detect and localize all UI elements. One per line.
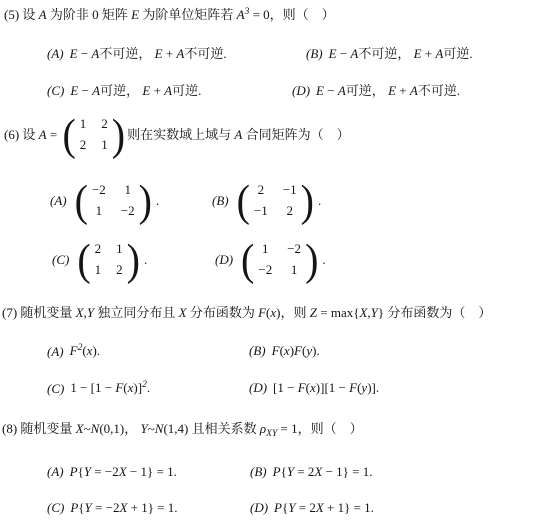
option-label: (C) bbox=[47, 380, 64, 398]
option-label: (A) bbox=[47, 45, 64, 63]
matrix-cells: 1 2 2 1 bbox=[76, 114, 112, 155]
option-text: 1 − [1 − F(x)]2. bbox=[70, 379, 150, 399]
question-7-option-c: (C) 1 − [1 − F(x)]2. bbox=[47, 379, 150, 399]
matrix-cells: 1 −2 −2 1 bbox=[254, 239, 305, 280]
option-text: P{Y = −2X + 1} = 1. bbox=[70, 499, 177, 517]
question-8-option-c: (C) P{Y = −2X + 1} = 1. bbox=[47, 499, 178, 517]
matrix-cells: 2 −1 −1 2 bbox=[250, 180, 301, 221]
stem-text-pre: (6) 设 A = bbox=[4, 126, 60, 144]
matrix-cell: 1 bbox=[80, 114, 87, 134]
matrix-cell: −2 bbox=[92, 180, 106, 200]
question-5-option-a: (A) E − A不可逆， E + A不可逆. bbox=[47, 45, 227, 63]
option-text: E − A可逆， E + A不可逆. bbox=[316, 82, 460, 100]
matrix-cell: 2 bbox=[116, 260, 123, 280]
option-text: F2(x). bbox=[70, 342, 100, 362]
matrix-cell: −1 bbox=[254, 201, 268, 221]
option-label: (D) bbox=[249, 379, 267, 397]
matrix: ( 1 −2 −2 1 ) bbox=[241, 239, 318, 280]
question-7-option-d: (D) [1 − F(x)][1 − F(y)]. bbox=[249, 379, 379, 397]
matrix-cell: 2 bbox=[258, 180, 265, 200]
matrix-cell: 2 bbox=[286, 201, 293, 221]
option-period: . bbox=[144, 251, 147, 269]
question-5-option-d: (D) E − A可逆， E + A不可逆. bbox=[292, 82, 460, 100]
matrix-cell: 2 bbox=[101, 114, 108, 134]
question-7-option-b: (B) F(x)F(y). bbox=[249, 342, 320, 360]
option-label: (A) bbox=[47, 343, 64, 361]
option-text: P{Y = 2X + 1} = 1. bbox=[274, 499, 374, 517]
option-text: P{Y = 2X − 1} = 1. bbox=[273, 463, 373, 481]
matrix-right-paren: ) bbox=[127, 238, 140, 282]
question-8-option-b: (B) P{Y = 2X − 1} = 1. bbox=[250, 463, 373, 481]
option-label: (D) bbox=[250, 499, 268, 517]
matrix-right-paren: ) bbox=[305, 238, 318, 282]
matrix-cell: −2 bbox=[258, 260, 272, 280]
matrix-cell: 1 bbox=[96, 201, 103, 221]
option-text: E − A可逆， E + A可逆. bbox=[70, 82, 201, 100]
matrix-cell: 2 bbox=[95, 239, 102, 259]
option-text: F(x)F(y). bbox=[272, 342, 320, 360]
matrix-cell: 2 bbox=[80, 135, 87, 155]
matrix-cell: −2 bbox=[121, 201, 135, 221]
option-period: . bbox=[322, 251, 325, 269]
matrix-left-paren: ( bbox=[77, 238, 90, 282]
question-6-option-a: (A) ( −2 1 1 −2 ) . bbox=[50, 180, 159, 221]
question-5-option-b: (B) E − A不可逆， E + A可逆. bbox=[306, 45, 473, 63]
matrix-left-paren: ( bbox=[241, 238, 254, 282]
question-7-stem: (7) 随机变量 X,Y 独立同分布且 X 分布函数为 F(x)，则 Z = m… bbox=[2, 304, 491, 322]
matrix-cell: 1 bbox=[291, 260, 298, 280]
option-label: (B) bbox=[249, 342, 266, 360]
matrix-left-paren: ( bbox=[237, 179, 250, 223]
option-period: . bbox=[156, 192, 159, 210]
option-text: E − A不可逆， E + A可逆. bbox=[329, 45, 473, 63]
option-label: (D) bbox=[292, 82, 310, 100]
question-6-stem: (6) 设 A = ( 1 2 2 1 ) 则在实数域上域与 A 合同矩阵为（ … bbox=[4, 114, 350, 155]
option-label: (C) bbox=[52, 251, 69, 269]
option-label: (C) bbox=[47, 82, 64, 100]
matrix: ( −2 1 1 −2 ) bbox=[75, 180, 152, 221]
matrix-right-paren: ) bbox=[139, 179, 152, 223]
question-8-option-d: (D) P{Y = 2X + 1} = 1. bbox=[250, 499, 374, 517]
option-text: P{Y = −2X − 1} = 1. bbox=[70, 463, 177, 481]
matrix-cell: 1 bbox=[262, 239, 269, 259]
question-5-stem: (5) 设 A 为阶非 0 矩阵 E 为阶单位矩阵若 A3 = 0，则（ ） bbox=[4, 6, 335, 26]
matrix: ( 1 2 2 1 ) bbox=[62, 114, 125, 155]
question-6-option-d: (D) ( 1 −2 −2 1 ) . bbox=[215, 239, 326, 280]
matrix: ( 2 1 1 2 ) bbox=[77, 239, 140, 280]
option-label: (A) bbox=[47, 463, 64, 481]
option-label: (B) bbox=[250, 463, 267, 481]
matrix-cell: 1 bbox=[116, 239, 123, 259]
matrix-right-paren: ) bbox=[301, 179, 314, 223]
question-8-stem: (8) 随机变量 X~N(0,1)， Y~N(1,4) 且相关系数 ρXY = … bbox=[2, 420, 363, 440]
option-text: [1 − F(x)][1 − F(y)]. bbox=[273, 379, 379, 397]
matrix-cell: −2 bbox=[287, 239, 301, 259]
matrix-cell: 1 bbox=[101, 135, 108, 155]
matrix-cell: 1 bbox=[95, 260, 102, 280]
matrix: ( 2 −1 −1 2 ) bbox=[237, 180, 314, 221]
question-6-option-c: (C) ( 2 1 1 2 ) . bbox=[52, 239, 147, 280]
option-period: . bbox=[318, 192, 321, 210]
question-5-option-c: (C) E − A可逆， E + A可逆. bbox=[47, 82, 201, 100]
question-8-option-a: (A) P{Y = −2X − 1} = 1. bbox=[47, 463, 177, 481]
matrix-left-paren: ( bbox=[62, 113, 75, 157]
matrix-cell: 1 bbox=[124, 180, 131, 200]
option-text: E − A不可逆， E + A不可逆. bbox=[70, 45, 227, 63]
question-6-option-b: (B) ( 2 −1 −1 2 ) . bbox=[212, 180, 321, 221]
exam-page: (5) 设 A 为阶非 0 矩阵 E 为阶单位矩阵若 A3 = 0，则（ ） (… bbox=[0, 0, 560, 527]
option-label: (B) bbox=[306, 45, 323, 63]
matrix-cells: −2 1 1 −2 bbox=[88, 180, 139, 221]
option-label: (D) bbox=[215, 251, 233, 269]
matrix-left-paren: ( bbox=[75, 179, 88, 223]
option-label: (A) bbox=[50, 192, 67, 210]
matrix-cell: −1 bbox=[283, 180, 297, 200]
option-label: (B) bbox=[212, 192, 229, 210]
option-label: (C) bbox=[47, 499, 64, 517]
matrix-right-paren: ) bbox=[112, 113, 125, 157]
stem-text-post: 则在实数域上域与 A 合同矩阵为（ ） bbox=[127, 126, 349, 144]
matrix-cells: 2 1 1 2 bbox=[91, 239, 127, 280]
question-7-option-a: (A) F2(x). bbox=[47, 342, 100, 362]
